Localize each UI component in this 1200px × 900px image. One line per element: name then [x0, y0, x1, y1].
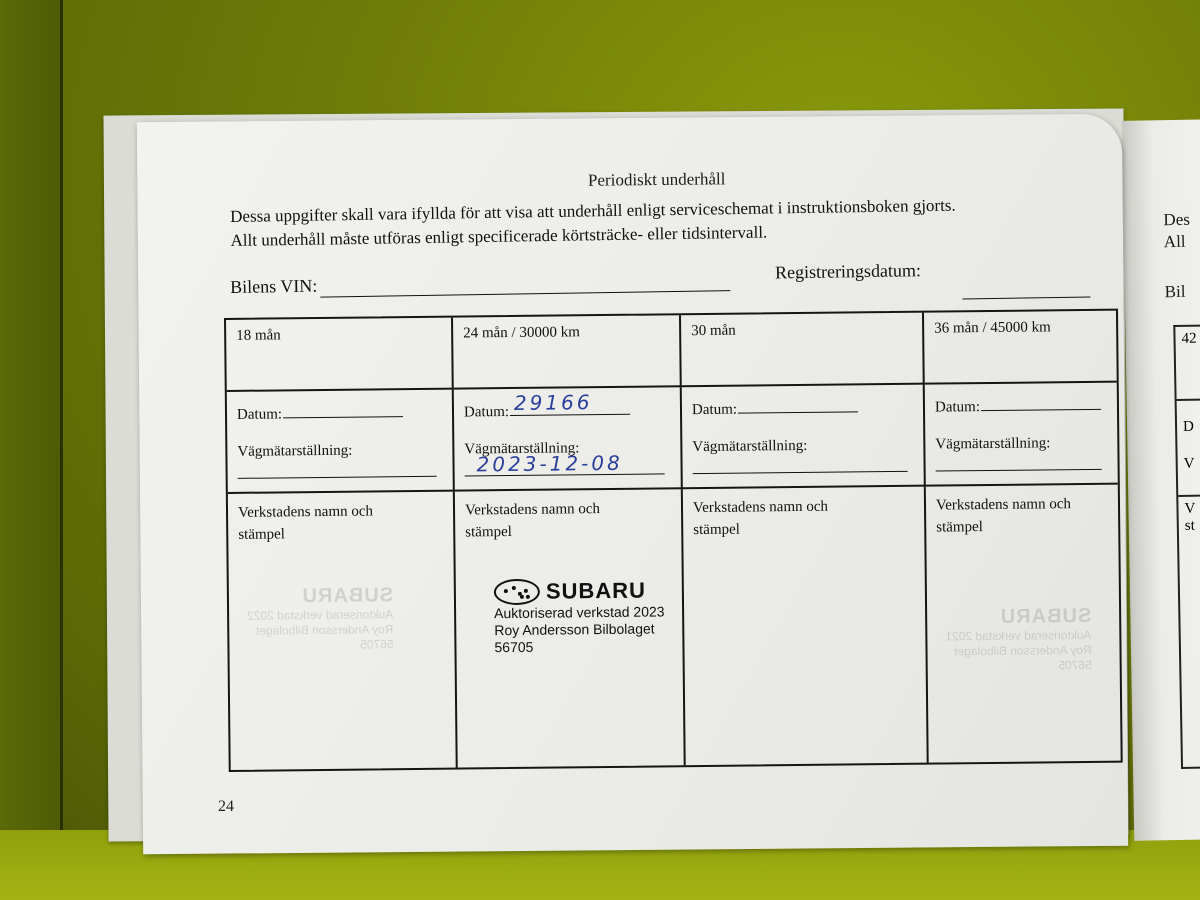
workshop-label: Verkstadens namn och stämpel — [936, 493, 1096, 539]
interval-label: 36 mån / 45000 km — [934, 319, 1051, 336]
facing-page-vin-label: Bil — [1165, 282, 1186, 302]
ghost-line: Roy Andersson Bilbolaget — [945, 643, 1091, 660]
ghost-line: 56705 — [247, 637, 393, 654]
ghost-line: Auktoriserad verkstad 2021 — [945, 628, 1091, 645]
facing-page-text: Des — [1163, 210, 1190, 230]
facing-workshop-label: V — [1184, 500, 1200, 518]
date-odometer-cell: Datum:29166Vägmätarställning:2023-12-08 — [454, 387, 683, 491]
ghost-line: Roy Andersson Bilbolaget — [247, 622, 393, 639]
bleed-through-stamp: SUBARUAuktoriserad verkstad 2021Roy Ande… — [945, 605, 1092, 675]
ghost-line: Auktoriserad verkstad 2022 — [247, 607, 393, 624]
odometer-handwritten-value: 2023-12-08 — [476, 451, 622, 477]
facing-workshop: V st — [1178, 496, 1200, 539]
interval-label: 18 mån — [236, 327, 281, 343]
datum-label: Datum: — [935, 399, 980, 415]
datum-row: Datum: — [935, 395, 1125, 417]
stamp-text-line: 56705 — [494, 637, 665, 656]
workshop-label: Verkstadens namn och stämpel — [693, 495, 853, 541]
facing-odometer-label: V — [1184, 455, 1200, 473]
vin-label: Bilens VIN: — [230, 276, 317, 297]
odometer-label: Vägmätarställning: — [237, 443, 352, 461]
odometer-field[interactable] — [936, 469, 1102, 472]
ghost-line: 56705 — [946, 658, 1092, 675]
subaru-logo-icon — [494, 579, 540, 605]
workshop-stamp-cell: Verkstadens namn och stämpelSUBARUAuktor… — [926, 485, 1121, 763]
workshop-label: Verkstadens namn och stämpel — [238, 500, 398, 546]
datum-field[interactable]: 29166 — [510, 400, 630, 416]
workshop-stamp-cell: Verkstadens namn och stämpel — [683, 487, 929, 766]
interval-cell: 36 mån / 45000 km — [924, 311, 1117, 385]
date-odometer-cell: Datum:Vägmätarställning: — [682, 385, 926, 490]
bleed-through-stamp: SUBARUAuktoriserad verkstad 2022Roy Ande… — [247, 584, 394, 654]
odometer-label: Vägmätarställning: — [692, 438, 807, 456]
odometer-label: Vägmätarställning: — [935, 435, 1050, 453]
facing-workshop-label: st — [1185, 517, 1200, 535]
datum-handwritten-value: 29166 — [514, 390, 593, 415]
service-table: 18 mån24 mån / 30000 km30 mån36 mån / 45… — [224, 309, 1123, 772]
stamp-brand: SUBARU — [494, 577, 665, 605]
ghost-brand: SUBARU — [945, 605, 1091, 630]
interval-cell: 24 mån / 30000 km — [453, 315, 682, 389]
facing-page-text: All — [1164, 232, 1186, 252]
page-number: 24 — [218, 798, 234, 816]
date-odometer-cell: Datum:Vägmätarställning: — [925, 383, 1118, 487]
interval-cell: 30 mån — [681, 313, 925, 388]
odometer-field[interactable] — [238, 476, 437, 479]
datum-label: Datum: — [692, 402, 737, 418]
date-odometer-cell: Datum:Vägmätarställning: — [227, 390, 455, 494]
ghost-brand: SUBARU — [247, 584, 393, 609]
facing-page: Des All Bil 42 D V V st — [1122, 119, 1200, 841]
datum-row: Datum: — [692, 397, 882, 419]
interval-label: 24 mån / 30000 km — [463, 324, 580, 341]
datum-field[interactable] — [738, 397, 858, 413]
facing-interval: 42 — [1175, 326, 1200, 401]
odometer-field[interactable] — [693, 471, 908, 474]
datum-field[interactable] — [981, 395, 1101, 411]
registration-date-field[interactable] — [962, 275, 1090, 299]
facing-datum-label: D — [1183, 418, 1200, 436]
page-title: Periodiskt underhåll — [588, 169, 726, 190]
workshop-stamp-cell: Verkstadens namn och stämpelSUBARUAuktor… — [228, 492, 458, 770]
datum-label: Datum: — [464, 404, 509, 420]
facing-datum: D V — [1177, 400, 1200, 497]
workshop-stamp-cell: Verkstadens namn och stämpelSUBARUAuktor… — [455, 489, 686, 767]
interval-label: 30 mån — [691, 323, 736, 339]
interval-cell: 18 mån — [226, 318, 454, 392]
dealer-stamp: SUBARUAuktoriserad verkstad 2023Roy Ande… — [494, 577, 665, 656]
stamp-text-line: Roy Andersson Bilbolaget — [494, 620, 665, 639]
stamp-brand-name: SUBARU — [546, 578, 646, 605]
registration-date-label: Registreringsdatum: — [775, 260, 921, 283]
datum-field[interactable] — [283, 402, 403, 418]
facing-page-table: 42 D V V st — [1173, 324, 1200, 769]
background-surface-edge — [0, 0, 63, 900]
stamp-text-line: Auktoriserad verkstad 2023 — [494, 603, 665, 622]
datum-label: Datum: — [237, 406, 282, 422]
datum-row: Datum:29166 — [464, 400, 654, 422]
workshop-label: Verkstadens namn och stämpel — [465, 498, 625, 544]
datum-row: Datum: — [237, 402, 427, 424]
